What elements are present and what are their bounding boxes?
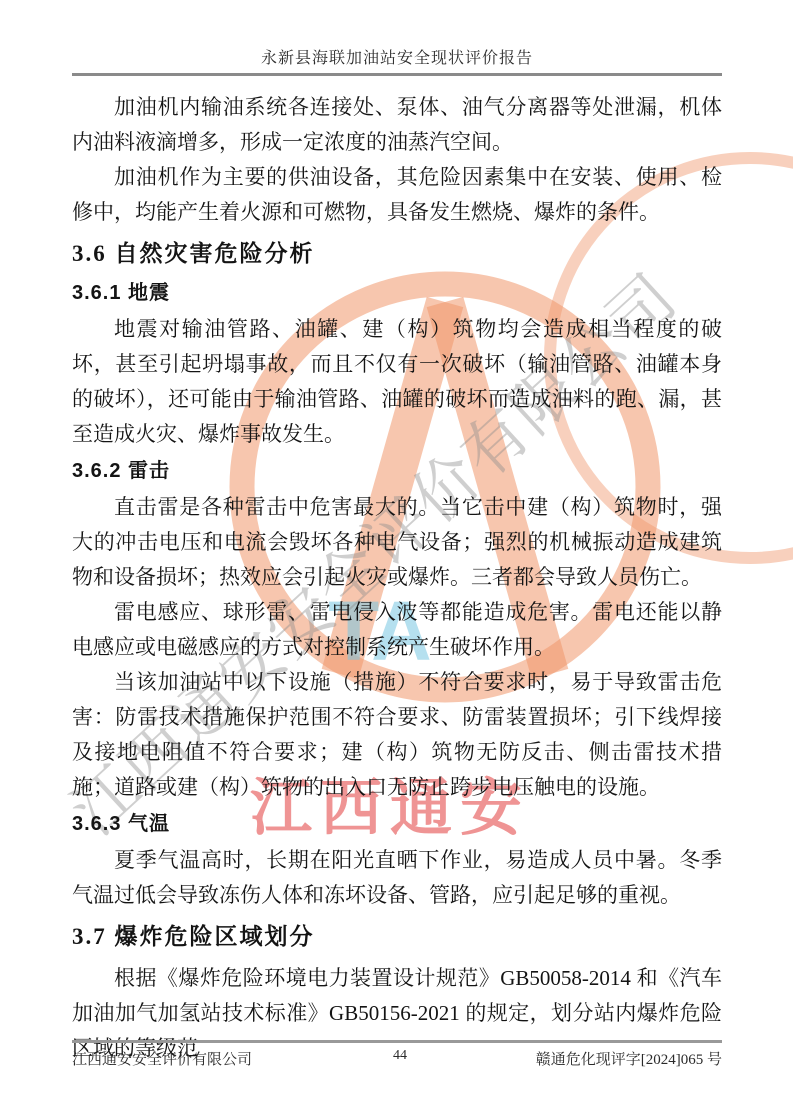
subsection-heading-3-6-1: 3.6.1 地震	[72, 278, 722, 308]
section-heading-3-6: 3.6 自然灾害危险分析	[72, 238, 722, 270]
page-header: 永新县海联加油站安全现状评价报告	[72, 48, 722, 76]
page-footer: 江西通安安全评价有限公司 44 赣通危化现评字[2024]065 号	[72, 1040, 722, 1069]
paragraph: 夏季气温高时，长期在阳光直晒下作业，易造成人员中暑。冬季气温过低会导致冻伤人体和…	[72, 843, 722, 913]
paragraph: 当该加油站中以下设施（措施）不符合要求时，易于导致雷击危害：防雷技术措施保护范围…	[72, 665, 722, 805]
paragraph: 地震对输油管路、油罐、建（构）筑物均会造成相当程度的破坏，甚至引起坍塌事故，而且…	[72, 312, 722, 452]
report-page: TA 江西通安安全评价有限公司 江西通安 永新县海联加油站安全现状评价报告 加油…	[0, 0, 793, 1120]
footer-page-number: 44	[387, 1048, 407, 1069]
document-body: 加油机内输油系统各连接处、泵体、油气分离器等处泄漏，机体内油料液滴增多，形成一定…	[72, 90, 722, 1066]
footer-doc-number: 赣通危化现评字[2024]065 号	[407, 1048, 722, 1069]
paragraph: 加油机作为主要的供油设备，其危险因素集中在安装、使用、检修中，均能产生着火源和可…	[72, 160, 722, 230]
footer-company: 江西通安安全评价有限公司	[72, 1048, 387, 1069]
paragraph: 加油机内输油系统各连接处、泵体、油气分离器等处泄漏，机体内油料液滴增多，形成一定…	[72, 90, 722, 160]
paragraph: 雷电感应、球形雷、雷电侵入波等都能造成危害。雷电还能以静电感应或电磁感应的方式对…	[72, 595, 722, 665]
paragraph: 直击雷是各种雷击中危害最大的。当它击中建（构）筑物时，强大的冲击电压和电流会毁坏…	[72, 490, 722, 595]
report-title: 永新县海联加油站安全现状评价报告	[261, 50, 533, 67]
subsection-heading-3-6-3: 3.6.3 气温	[72, 809, 722, 839]
subsection-heading-3-6-2: 3.6.2 雷击	[72, 456, 722, 486]
section-heading-3-7: 3.7 爆炸危险区域划分	[72, 921, 722, 953]
